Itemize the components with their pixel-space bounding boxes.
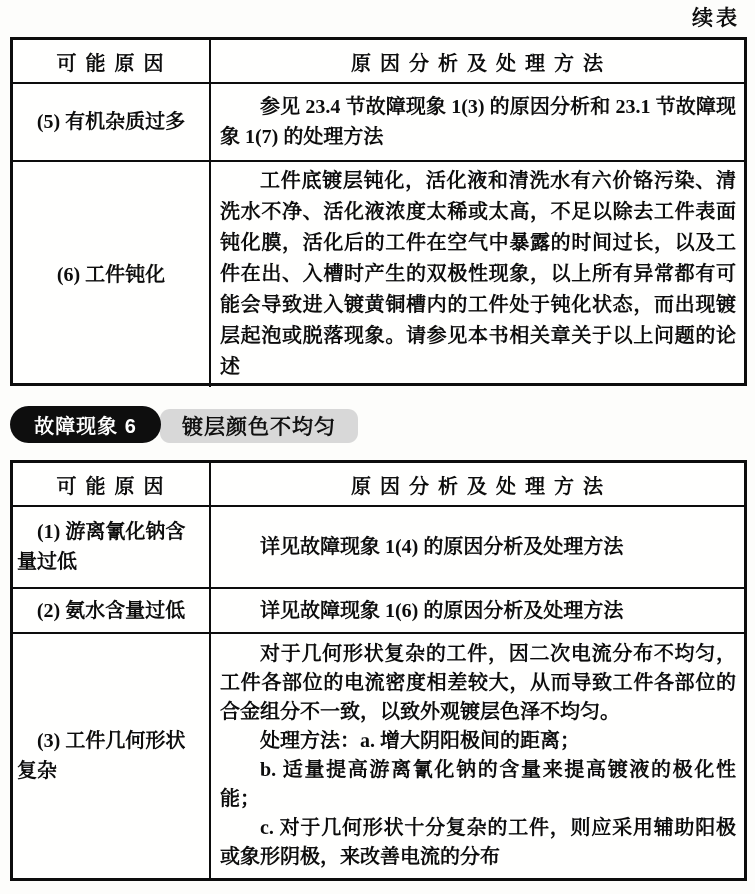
analysis-paragraph: 工件底镀层钝化，活化液和清洗水有六价铬污染、清洗水不净、活化液浓度太稀或太高，不… [220, 166, 736, 383]
cause-cell: (1) 游离氰化钠含量过低 [13, 507, 211, 587]
method-b-paragraph: b. 适量提高游离氰化钠的含量来提高镀液的极化性能； [220, 756, 736, 814]
cause-cell: (6) 工件钝化 [13, 162, 211, 387]
table1-header-cause: 可 能 原 因 [13, 40, 211, 82]
table2-header-row: 可 能 原 因 原 因 分 析 及 处 理 方 法 [13, 463, 744, 505]
analysis-cell: 工件底镀层钝化，活化液和清洗水有六价铬污染、清洗水不净、活化液浓度太稀或太高，不… [211, 162, 744, 387]
continued-table-label: 续表 [692, 2, 740, 32]
method-a-paragraph: 处理方法：a. 增大阴阳极间的距离； [220, 727, 736, 756]
method-c-paragraph: c. 对于几何形状十分复杂的工件，则应采用辅助阳极或象形阴极，来改善电流的分布 [220, 814, 736, 872]
table1-row-organic-impurities: (5) 有机杂质过多 参见 23.4 节故障现象 1(3) 的原因分析和 23.… [13, 82, 744, 160]
table2-row-free-cyanide-low: (1) 游离氰化钠含量过低 详见故障现象 1(4) 的原因分析及处理方法 [13, 505, 744, 587]
fault-section-heading: 镀层颜色不均匀 故障现象 6 [10, 406, 410, 446]
table2-header-analysis: 原 因 分 析 及 处 理 方 法 [211, 463, 744, 505]
table2-header-cause: 可 能 原 因 [13, 463, 211, 505]
scanned-book-page: { "page": { "continued_label": "续表" }, "… [0, 0, 755, 894]
method-a-text: a. 增大阴阳极间的距离； [360, 730, 580, 752]
analysis-intro-paragraph: 对于几何形状复杂的工件，因二次电流分布不均匀，工件各部位的电流密度相差较大，从而… [220, 640, 736, 727]
method-label: 处理方法： [260, 730, 360, 752]
cause-label: (1) 游离氰化钠含量过低 [17, 517, 205, 577]
table1-header-analysis: 原 因 分 析 及 处 理 方 法 [211, 40, 744, 82]
table1-row-workpiece-passivation: (6) 工件钝化 工件底镀层钝化，活化液和清洗水有六价铬污染、清洗水不净、活化液… [13, 160, 744, 387]
analysis-paragraph: 详见故障现象 1(4) 的原因分析及处理方法 [220, 532, 736, 562]
analysis-cell: 参见 23.4 节故障现象 1(3) 的原因分析和 23.1 节故障现象 1(7… [211, 84, 744, 160]
fault-badge-title: 镀层颜色不均匀 [160, 409, 358, 443]
table2-row-complex-geometry: (3) 工件几何形状复杂 对于几何形状复杂的工件，因二次电流分布不均匀，工件各部… [13, 632, 744, 878]
analysis-cell: 详见故障现象 1(4) 的原因分析及处理方法 [211, 507, 744, 587]
cause-label: (3) 工件几何形状复杂 [17, 726, 205, 786]
fault-badge-number: 故障现象 6 [10, 406, 161, 443]
cause-cell: (5) 有机杂质过多 [13, 84, 211, 160]
table1-header-row: 可 能 原 因 原 因 分 析 及 处 理 方 法 [13, 40, 744, 82]
cause-label: (2) 氨水含量过低 [17, 596, 205, 626]
analysis-cell: 详见故障现象 1(6) 的原因分析及处理方法 [211, 589, 744, 632]
cause-label: (6) 工件钝化 [17, 260, 205, 290]
analysis-paragraph: 详见故障现象 1(6) 的原因分析及处理方法 [220, 596, 736, 626]
table2-row-ammonia-low: (2) 氨水含量过低 详见故障现象 1(6) 的原因分析及处理方法 [13, 587, 744, 632]
cause-label: (5) 有机杂质过多 [17, 107, 205, 137]
cause-cell: (3) 工件几何形状复杂 [13, 634, 211, 878]
analysis-paragraph: 参见 23.4 节故障现象 1(3) 的原因分析和 23.1 节故障现象 1(7… [220, 92, 736, 152]
fault-table-6: 可 能 原 因 原 因 分 析 及 处 理 方 法 (1) 游离氰化钠含量过低 … [10, 460, 747, 881]
fault-table-continued: 可 能 原 因 原 因 分 析 及 处 理 方 法 (5) 有机杂质过多 参见 … [10, 37, 747, 386]
analysis-cell: 对于几何形状复杂的工件，因二次电流分布不均匀，工件各部位的电流密度相差较大，从而… [211, 634, 744, 878]
cause-cell: (2) 氨水含量过低 [13, 589, 211, 632]
